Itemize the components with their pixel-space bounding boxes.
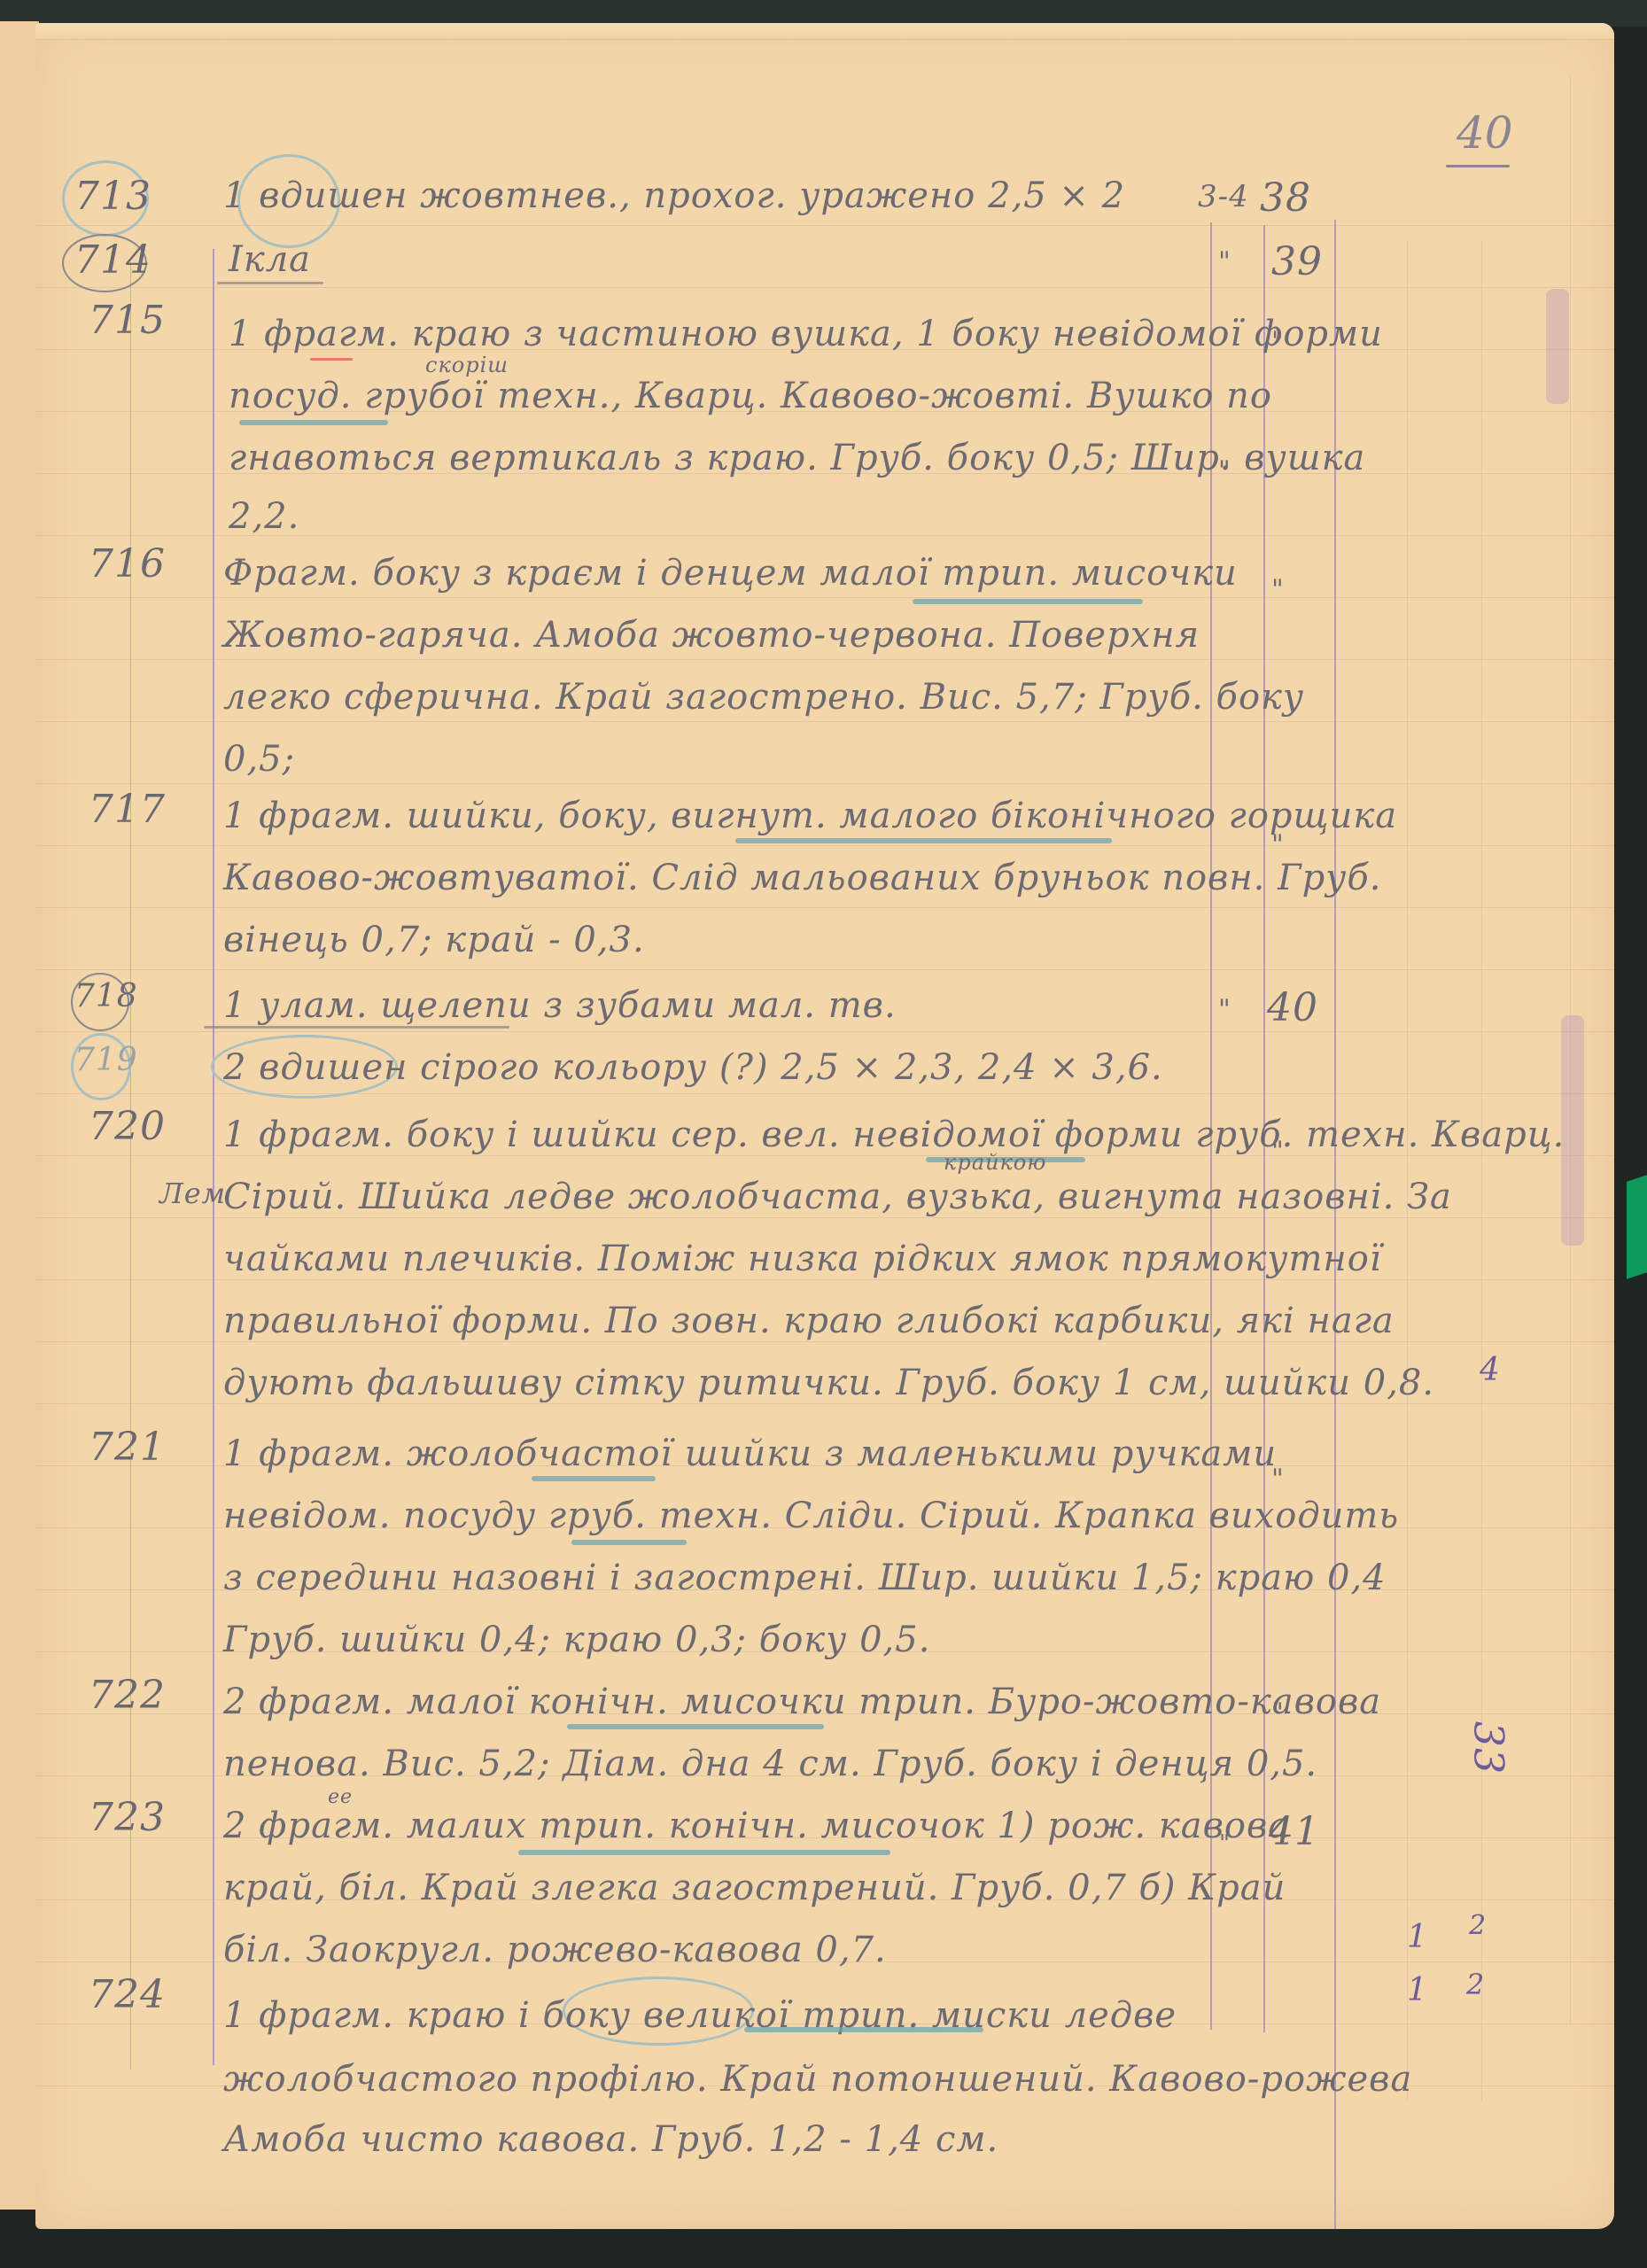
- entry-line: 1 фрагм. боку і шийки сер. вел. невідомо…: [223, 1115, 1565, 1155]
- blue-underline: [571, 1540, 687, 1545]
- column-b-value: 38: [1260, 175, 1311, 221]
- interlinear-note: скоріш: [425, 353, 509, 377]
- ruled-line: [35, 721, 1614, 722]
- margin-annotation: 2: [1466, 1968, 1485, 2001]
- entry-line: пенова. Вис. 5,2; Діам. дна 4 см. Груб. …: [223, 1744, 1317, 1784]
- column-b-value: 40: [1267, 985, 1318, 1030]
- column-b-value: ": [1271, 829, 1285, 860]
- entry-line: Амоба чисто кавова. Груб. 1,2 - 1,4 см.: [223, 2119, 998, 2160]
- page-number: 40: [1457, 107, 1513, 159]
- entry-line: 2,2.: [229, 496, 299, 537]
- column-a-value: ": [1218, 455, 1231, 486]
- column-rule-c: [1334, 220, 1336, 2229]
- ruled-line: [35, 1279, 1614, 1280]
- column-rule-faint: [1407, 240, 1408, 2101]
- entry-line: посуд. грубої техн., Кварц. Кавово-жовті…: [229, 376, 1272, 416]
- blue-underline: [744, 2027, 983, 2032]
- entry-number: 721: [89, 1425, 166, 1470]
- underline: [204, 1026, 509, 1029]
- ruled-line: [35, 907, 1614, 908]
- entry-line: невідом. посуду груб. техн. Сліди. Сірий…: [223, 1495, 1399, 1536]
- green-tab: [1627, 1175, 1647, 1278]
- page-number-underline: [1446, 165, 1510, 167]
- column-rule-text: [213, 249, 214, 2065]
- column-a-value: 3-4: [1198, 179, 1249, 214]
- entry-line: жолобчастого профілю. Край потоншений. К…: [223, 2059, 1412, 2100]
- ruled-line: [35, 969, 1614, 970]
- stamp-mark: [1546, 289, 1569, 404]
- column-a-value: ": [1218, 246, 1231, 277]
- entry-line: Ікла: [229, 239, 311, 280]
- ledger-page: 40 713 1 вдишен жовтнев., прохог. уражен…: [35, 23, 1614, 2229]
- entry-line: 1 улам. щелепи з зубами мал. тв.: [223, 985, 897, 1026]
- entry-line: дують фальшиву сітку ритички. Груб. боку…: [223, 1363, 1434, 1403]
- ruled-line: [35, 845, 1614, 846]
- entry-line: 1 фрагм. жолобчастої шийки з маленькими …: [223, 1433, 1277, 1474]
- entry-line: Сірий. Шийка ледве жолобчаста, вузька, в…: [223, 1177, 1452, 1217]
- entry-line: з середини назовні і загострені. Шир. ши…: [223, 1557, 1387, 1598]
- blue-underline: [735, 838, 1112, 843]
- column-b-value: ": [1271, 326, 1285, 357]
- entry-line: 1 вдишен жовтнев., прохог. уражено 2,5 ×…: [223, 175, 1125, 216]
- entry-line: 2 вдишен сірого кольору (?) 2,5 × 2,3, 2…: [223, 1047, 1163, 1088]
- column-rule-faint: [1481, 240, 1482, 2101]
- entry-number: 714: [74, 237, 151, 283]
- ruled-line: [35, 1217, 1614, 1218]
- blue-underline: [518, 1850, 890, 1855]
- underline: [217, 282, 323, 284]
- margin-annotation: 1: [1407, 1972, 1428, 2008]
- entry-line: 2 фрагм. малих трип. конічн. мисочок 1) …: [223, 1806, 1290, 1846]
- column-b-value: ": [1271, 1697, 1285, 1728]
- entry-number: 715: [89, 298, 166, 343]
- margin-annotation: 4: [1480, 1352, 1501, 1388]
- entry-line: Жовто-гаряча. Амоба жовто-червона. Повер…: [223, 615, 1200, 656]
- entry-line: 1 фрагм. краю і боку великої трип. миски…: [223, 1995, 1177, 2036]
- entry-number: 713: [74, 174, 151, 219]
- column-a-value: ": [1218, 994, 1231, 1025]
- interlinear-note: крайкою: [944, 1150, 1046, 1175]
- blue-underline: [913, 599, 1143, 604]
- entry-line: Фрагм. боку з краєм і денцем малої трип.…: [223, 553, 1238, 594]
- entry-number: 723: [89, 1795, 166, 1840]
- ruled-line: [35, 1155, 1614, 1156]
- column-b-value: ": [1271, 1464, 1285, 1495]
- entry-number: 722: [89, 1673, 166, 1718]
- entry-number: 717: [89, 787, 166, 832]
- entry-line: чайками плечиків. Поміж низка рідких ямо…: [223, 1239, 1382, 1279]
- entry-line: легко сферична. Край загострено. Вис. 5,…: [223, 677, 1304, 718]
- red-mark: [310, 358, 353, 361]
- entry-number: 716: [89, 541, 166, 586]
- entry-line: 2 фрагм. малої конічн. мисочки трип. Бур…: [223, 1682, 1381, 1722]
- entry-line: 1 фрагм. краю з частиною вушка, 1 боку н…: [229, 314, 1383, 354]
- left-margin-note: Лем: [159, 1177, 226, 1210]
- margin-annotation: 1: [1407, 1919, 1428, 1955]
- ruled-line: [35, 597, 1614, 598]
- ruled-line: [35, 783, 1614, 784]
- column-b-value: 39: [1271, 239, 1323, 284]
- margin-annotation: 33: [1464, 1721, 1512, 1775]
- previous-page-edge: [0, 21, 39, 2210]
- ruled-line: [35, 659, 1614, 660]
- entry-line: вінець 0,7; край - 0,3.: [223, 920, 645, 960]
- column-b-value: 41: [1269, 1809, 1320, 1854]
- entry-line: Кавово-жовтуватої. Слід мальованих брунь…: [223, 858, 1382, 898]
- ruled-line: [35, 287, 1614, 288]
- column-b-value: ": [1271, 1136, 1285, 1167]
- blue-underline: [567, 1724, 824, 1729]
- entry-line: 1 фрагм. шийки, боку, вигнут. малого бік…: [223, 796, 1397, 836]
- entry-number: 718: [74, 978, 138, 1014]
- column-b-value: ": [1271, 574, 1285, 605]
- entry-line: 0,5;: [223, 739, 295, 780]
- entry-line: Груб. шийки 0,4; краю 0,3; боку 0,5.: [223, 1619, 930, 1660]
- column-a-value: ": [1219, 1830, 1231, 1857]
- ruled-line: [35, 1341, 1614, 1342]
- ruled-line: [35, 1403, 1614, 1404]
- margin-annotation: 2: [1469, 1910, 1487, 1941]
- page-top-edge: [35, 23, 1614, 40]
- ruled-line: [35, 1031, 1614, 1032]
- blue-underline: [532, 1476, 656, 1481]
- blue-underline: [239, 420, 388, 425]
- entry-line: біл. Заокругл. рожево-кавова 0,7.: [223, 1930, 887, 1970]
- entry-number: 724: [89, 1972, 166, 2017]
- entry-number: 719: [74, 1042, 138, 1078]
- entry-number: 720: [89, 1104, 166, 1149]
- entry-line: край, біл. Край злегка загострений. Груб…: [223, 1868, 1286, 1908]
- entry-line: правильної форми. По зовн. краю глибокі …: [223, 1301, 1395, 1341]
- entry-line: гнавоться вертикаль з краю. Груб. боку 0…: [229, 438, 1365, 478]
